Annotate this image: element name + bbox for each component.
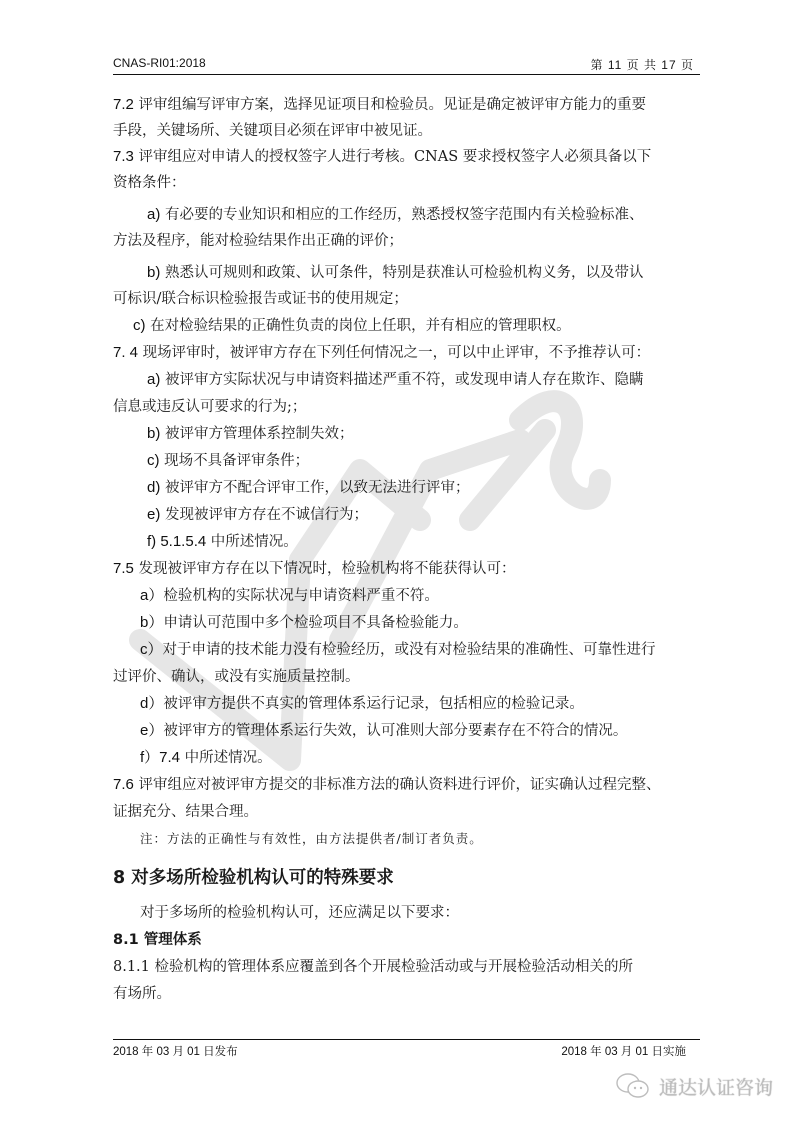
- document-page: CNAS-RI01:2018 第 11 页 共 17 页 7.2 评审组编写评审…: [0, 0, 793, 1122]
- item-7-4-a-cont: 信息或违反认可要求的行为;；: [113, 394, 306, 420]
- item-7-3-b-cont: 可标识/联合标识检验报告或证书的使用规定；: [113, 286, 408, 312]
- item-7-5-d: d）被评审方提供不真实的管理体系运行记录，包括相应的检验记录。: [140, 691, 584, 717]
- clause-7-2-cont: 手段，关键场所、关键项目必须在评审中被见证。: [113, 118, 432, 144]
- item-7-5-f: f）7.4 中所述情况。: [140, 745, 272, 771]
- section-8-heading: 8 对多场所检验机构认可的特殊要求: [113, 865, 394, 891]
- clause-8-1-1: 8.1.1 检验机构的管理体系应覆盖到各个开展检验活动或与开展检验活动相关的所: [113, 954, 633, 980]
- item-7-3-a-cont: 方法及程序，能对检验结果作出正确的评价；: [113, 228, 403, 254]
- wechat-icon: [615, 1072, 651, 1100]
- effective-date: 2018 年 03 月 01 日实施: [561, 1043, 686, 1059]
- page-header: CNAS-RI01:2018 第 11 页 共 17 页: [113, 56, 700, 74]
- clause-7-6: 7.6 评审组应对被评审方提交的非标准方法的确认资料进行评价，证实确认过程完整、: [113, 772, 660, 798]
- clause-7-2: 7.2 评审组编写评审方案，选择见证项目和检验员。见证是确定被评审方能力的重要: [113, 92, 646, 118]
- brand-name: 通达认证咨询: [659, 1073, 773, 1100]
- clause-7-3: 7.3 评审组应对申请人的授权签字人进行考核。CNAS 要求授权签字人必须具备以…: [113, 144, 651, 170]
- issued-date: 2018 年 03 月 01 日发布: [113, 1043, 238, 1059]
- note-7-6: 注：方法的正确性与有效性，由方法提供者/制订者负责。: [140, 826, 483, 852]
- section-8-intro: 对于多场所的检验机构认可，还应满足以下要求：: [140, 900, 459, 926]
- item-7-4-d: d) 被评审方不配合评审工作，以致无法进行评审；: [147, 475, 469, 501]
- item-7-4-f: f) 5.1.5.4 中所述情况。: [147, 529, 298, 555]
- clause-7-5: 7.5 发现被评审方存在以下情况时，检验机构将不能获得认可：: [113, 556, 515, 582]
- item-7-4-a: a) 被评审方实际状况与申请资料描述严重不符，或发现申请人存在欺诈、隐瞒: [147, 367, 643, 393]
- item-7-3-a: a) 有必要的专业知识和相应的工作经历，熟悉授权签字范围内有关检验标准、: [147, 202, 643, 228]
- item-7-5-b: b）申请认可范围中多个检验项目不具备检验能力。: [140, 610, 468, 636]
- section-8-1-heading: 8.1 管理体系: [113, 927, 202, 953]
- footer-rule: [113, 1039, 700, 1040]
- item-7-5-e: e）被评审方的管理体系运行失效，认可准则大部分要素存在不符合的情况。: [140, 718, 627, 744]
- item-7-5-a: a）检验机构的实际状况与申请资料严重不符。: [140, 583, 439, 609]
- clause-7-3-cont: 资格条件：: [113, 170, 186, 196]
- doc-code: CNAS-RI01:2018: [113, 56, 206, 70]
- item-7-4-b: b) 被评审方管理体系控制失效；: [147, 421, 353, 447]
- page-number: 第 11 页 共 17 页: [591, 56, 694, 73]
- clause-8-1-1-cont: 有场所。: [113, 981, 171, 1007]
- header-rule: [113, 74, 700, 75]
- item-7-5-c: c）对于申请的技术能力没有检验经历，或没有对检验结果的准确性、可靠性进行: [140, 637, 656, 663]
- item-7-3-b: b) 熟悉认可规则和政策、认可条件，特别是获准认可检验机构义务，以及带认: [147, 260, 643, 286]
- item-7-4-c: c) 现场不具备评审条件；: [147, 448, 309, 474]
- item-7-3-c: c) 在对检验结果的正确性负责的岗位上任职，并有相应的管理职权。: [133, 313, 571, 339]
- clause-7-4: 7. 4 现场评审时，被评审方存在下列任何情况之一，可以中止评审，不予推荐认可：: [113, 340, 650, 366]
- item-7-4-e: e) 发现被评审方存在不诚信行为；: [147, 502, 368, 528]
- brand-watermark: 通达认证咨询: [615, 1072, 773, 1100]
- item-7-5-c-cont: 过评价、确认，或没有实施质量控制。: [113, 664, 360, 690]
- clause-7-6-cont: 证据充分、结果合理。: [113, 799, 258, 825]
